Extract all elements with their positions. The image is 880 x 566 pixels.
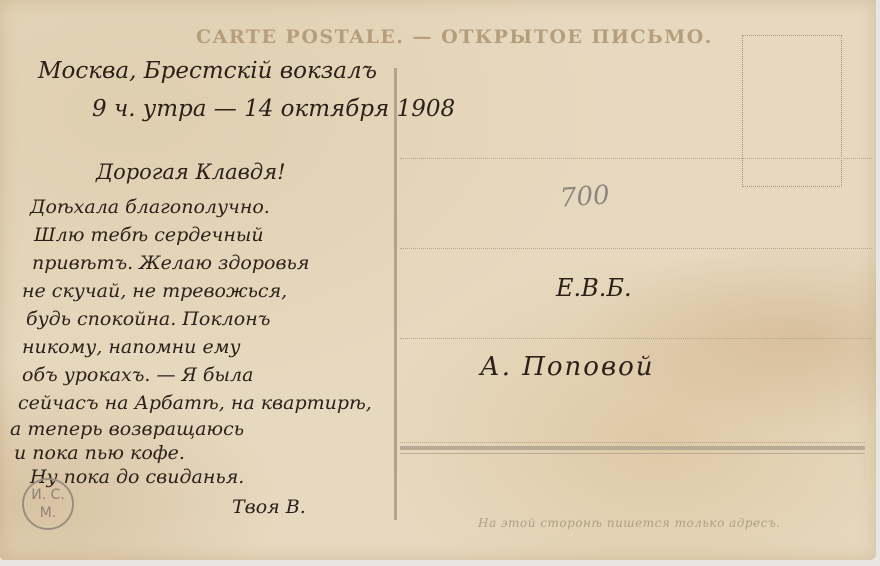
printed-footer-note: На этой сторонѣ пишется только адресъ. — [478, 516, 781, 530]
address-line — [400, 248, 872, 249]
museum-stamp: И. С. М. — [22, 478, 74, 530]
pencil-number: 700 — [559, 180, 611, 213]
recipient-name: А. Поповой — [480, 352, 654, 382]
vertical-divider — [394, 68, 397, 520]
double-rule — [400, 446, 865, 454]
stamp-placeholder-box — [742, 35, 842, 187]
postcard-printed-header: CARTE POSTALE. — ОТКРЫТОЕ ПИСЬМО. — [196, 26, 716, 48]
message-line: и пока пью кофе. — [14, 442, 185, 464]
address-line — [400, 442, 865, 443]
address-line — [400, 338, 872, 339]
message-salutation: Дорогая Клавдя! — [96, 160, 286, 184]
recipient-honorific: Е.В.Б. — [556, 274, 632, 302]
message-line: объ урокахъ. — Я была — [22, 364, 253, 386]
message-line: не скучай, не тревожься, — [22, 280, 287, 302]
message-date: 9 ч. утра — 14 октября 1908 — [92, 96, 455, 122]
message-line: а теперь возвращаюсь — [10, 418, 244, 440]
museum-stamp-line1: И. С. — [24, 486, 72, 504]
postcard: CARTE POSTALE. — ОТКРЫТОЕ ПИСЬМО. Москва… — [0, 0, 876, 560]
museum-stamp-line2: М. — [24, 504, 72, 522]
message-signature: Твоя В. — [232, 496, 306, 518]
message-line: Шлю тебѣ сердечный — [34, 224, 264, 246]
message-line: привѣтъ. Желаю здоровья — [32, 252, 309, 274]
message-line: сейчасъ на Арбатѣ, на квартирѣ, — [18, 392, 372, 414]
message-line: никому, напомни ему — [22, 336, 240, 358]
message-line: будь спокойна. Поклонъ — [26, 308, 270, 330]
address-line — [400, 158, 872, 159]
message-place: Москва, Брестскій вокзалъ — [38, 58, 377, 84]
message-line: Доѣхала благополучно. — [30, 196, 270, 218]
